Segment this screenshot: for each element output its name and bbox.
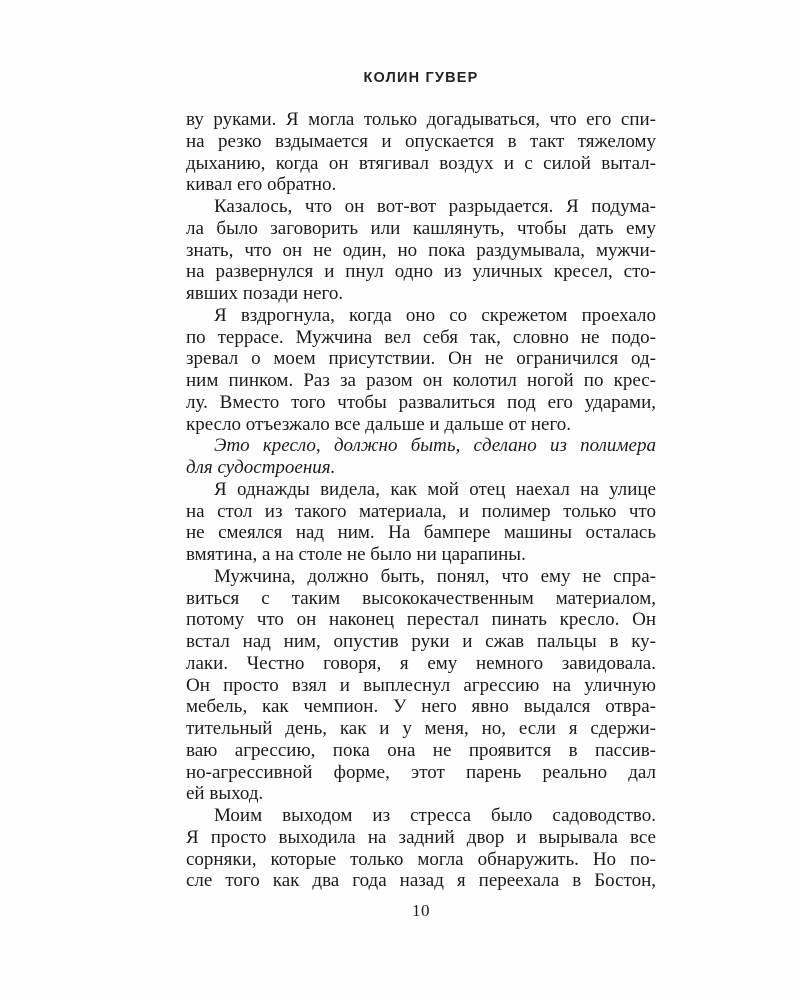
text-line: Казалось, что он вот-вот разрыдается. Я …	[186, 196, 656, 218]
paragraph: Моим выходом из стресса было садоводство…	[186, 805, 656, 892]
text-line: мебель, как чемпион. У него явно выдался…	[186, 696, 656, 718]
paragraph: Это кресло, должно быть, сделано из поли…	[186, 435, 656, 479]
text-line: сорняки, которые только могла обнаружить…	[186, 849, 656, 871]
text-line: Я просто выходила на задний двор и вырыв…	[186, 827, 656, 849]
running-head: КОЛИН ГУВЕР	[186, 70, 656, 86]
text-line: потому что он наконец перестал пинать кр…	[186, 609, 656, 631]
text-line: на резко вздымается и опускается в такт …	[186, 131, 656, 153]
text-line: ву руками. Я могла только догадываться, …	[186, 109, 656, 131]
page-number: 10	[186, 901, 656, 921]
text-line: кресло отъезжало все дальше и дальше от …	[186, 414, 656, 436]
text-line: вмятина, а на столе не было ни царапины.	[186, 544, 656, 566]
text-line: на развернулся и пнул одно из уличных кр…	[186, 261, 656, 283]
text-line: виться с таким высококачественным матери…	[186, 588, 656, 610]
text-line: Это кресло, должно быть, сделано из поли…	[186, 435, 656, 457]
paragraph: Я однажды видела, как мой отец наехал на…	[186, 479, 656, 566]
book-page: КОЛИН ГУВЕР ву руками. Я могла только до…	[0, 0, 800, 1000]
text-line: ваю агрессию, пока она не проявится в па…	[186, 740, 656, 762]
text-line: лаки. Честно говоря, я ему немного завид…	[186, 653, 656, 675]
text-line: не смеялся над ним. На бампере машины ос…	[186, 522, 656, 544]
paragraph: Мужчина, должно быть, понял, что ему не …	[186, 566, 656, 805]
text-line: для судостроения.	[186, 457, 656, 479]
text-block: ву руками. Я могла только догадываться, …	[186, 109, 656, 892]
paragraph: Я вздрогнула, когда оно со скрежетом про…	[186, 305, 656, 436]
text-line: сле того как два года назад я переехала …	[186, 870, 656, 892]
text-line: ним пинком. Раз за разом он колотил ного…	[186, 370, 656, 392]
text-line: явших позади него.	[186, 283, 656, 305]
text-line: дыханию, когда он втягивал воздух и с си…	[186, 153, 656, 175]
text-line: лу. Вместо того чтобы развалиться под ег…	[186, 392, 656, 414]
text-line: ей выход.	[186, 783, 656, 805]
text-line: кивал его обратно.	[186, 174, 656, 196]
text-line: Моим выходом из стресса было садоводство…	[186, 805, 656, 827]
text-line: но-агрессивной форме, этот парень реальн…	[186, 762, 656, 784]
text-line: Он просто взял и выплеснул агрессию на у…	[186, 675, 656, 697]
text-line: тительный день, как и у меня, но, если я…	[186, 718, 656, 740]
text-line: ла было заговорить или кашлянуть, чтобы …	[186, 218, 656, 240]
text-line: Я вздрогнула, когда оно со скрежетом про…	[186, 305, 656, 327]
paragraph: Казалось, что он вот-вот разрыдается. Я …	[186, 196, 656, 305]
text-line: на стол из такого материала, и полимер т…	[186, 501, 656, 523]
paragraph: ву руками. Я могла только догадываться, …	[186, 109, 656, 196]
text-line: знать, что он не один, но пока раздумыва…	[186, 240, 656, 262]
text-line: по террасе. Мужчина вел себя так, словно…	[186, 327, 656, 349]
text-line: Мужчина, должно быть, понял, что ему не …	[186, 566, 656, 588]
text-line: зревал о моем присутствии. Он не огранич…	[186, 348, 656, 370]
text-line: Я однажды видела, как мой отец наехал на…	[186, 479, 656, 501]
text-line: встал над ним, опустив руки и сжав пальц…	[186, 631, 656, 653]
